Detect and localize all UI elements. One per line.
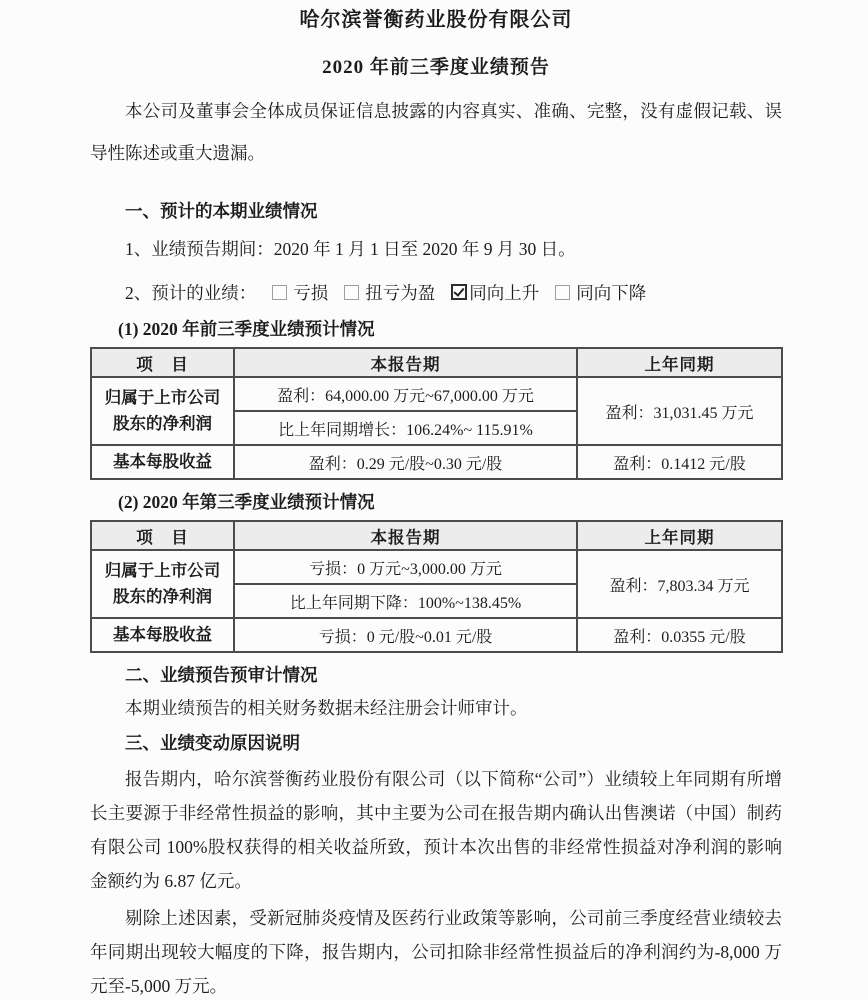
- net-profit-yoy-cell: 比上年同期增长：106.24%~ 115.91%: [234, 411, 577, 445]
- net-profit-label-cell: 归属于上市公司股东的净利润: [91, 377, 234, 445]
- table-row: 基本每股收益 亏损：0 元/股~0.01 元/股 盈利：0.0355 元/股: [91, 618, 782, 652]
- forecast-option-loss: 亏损: [272, 283, 328, 303]
- forecast-option-turnaround: 扭亏为盈: [344, 283, 435, 303]
- reason-paragraph-1: 报告期内，哈尔滨誉衡药业股份有限公司（以下简称“公司”）业绩较上年同期有所增长主…: [90, 762, 782, 898]
- header-cell-prior-period: 上年同期: [577, 348, 782, 377]
- header-cell-current-period: 本报告期: [234, 348, 577, 377]
- checkbox-checked-icon: [451, 284, 467, 300]
- table-header-row: 项 目 本报告期 上年同期: [91, 521, 782, 550]
- section-one-heading: 一、预计的本期业绩情况: [90, 196, 782, 226]
- forecast-type-item: 2、预计的业绩：亏损扭亏为盈同向上升同向下降: [90, 278, 782, 308]
- header-cell-item: 项 目: [91, 521, 234, 550]
- net-profit-label-cell: 归属于上市公司股东的净利润: [91, 550, 234, 618]
- eps-label-cell: 基本每股收益: [91, 445, 234, 479]
- section-three-heading: 三、业绩变动原因说明: [90, 728, 782, 758]
- audit-status-paragraph: 本期业绩预告的相关财务数据未经注册会计师审计。: [90, 690, 782, 726]
- declaration-paragraph: 本公司及董事会全体成员保证信息披露的内容真实、准确、完整，没有虚假记载、误导性陈…: [90, 90, 782, 174]
- section-two-heading: 二、业绩预告预审计情况: [90, 660, 782, 690]
- table-row: 基本每股收益 盈利：0.29 元/股~0.30 元/股 盈利：0.1412 元/…: [91, 445, 782, 479]
- q1q3-results-table: 项 目 本报告期 上年同期 归属于上市公司股东的净利润 盈利：64,000.00…: [90, 347, 783, 480]
- document-title: 哈尔滨誉衡药业股份有限公司: [90, 6, 782, 34]
- header-cell-item: 项 目: [91, 348, 234, 377]
- eps-current-cell: 盈利：0.29 元/股~0.30 元/股: [234, 445, 577, 479]
- net-profit-prior-cell: 盈利：31,031.45 万元: [577, 377, 782, 445]
- net-profit-prior-cell: 盈利：7,803.34 万元: [577, 550, 782, 618]
- subsection-q1q3-heading: (1) 2020 年前三季度业绩预计情况: [90, 314, 782, 344]
- reason-paragraph-2: 剔除上述因素，受新冠肺炎疫情及医药行业政策等影响，公司前三季度经营业绩较去年同期…: [90, 901, 782, 1000]
- forecast-option-label: 同向下降: [576, 283, 646, 303]
- header-cell-current-period: 本报告期: [234, 521, 577, 550]
- document-page: 哈尔滨誉衡药业股份有限公司 2020 年前三季度业绩预告 本公司及董事会全体成员…: [0, 0, 868, 1000]
- forecast-option-label: 扭亏为盈: [365, 283, 435, 303]
- header-cell-prior-period: 上年同期: [577, 521, 782, 550]
- table-row: 归属于上市公司股东的净利润 盈利：64,000.00 万元~67,000.00 …: [91, 377, 782, 411]
- net-profit-yoy-cell: 比上年同期下降：100%~138.45%: [234, 584, 577, 618]
- eps-label-cell: 基本每股收益: [91, 618, 234, 652]
- eps-prior-cell: 盈利：0.0355 元/股: [577, 618, 782, 652]
- q3-results-table: 项 目 本报告期 上年同期 归属于上市公司股东的净利润 亏损：0 万元~3,00…: [90, 520, 783, 653]
- eps-prior-cell: 盈利：0.1412 元/股: [577, 445, 782, 479]
- net-profit-current-cell: 亏损：0 万元~3,000.00 万元: [234, 550, 577, 584]
- forecast-option-increase: 同向上升: [451, 283, 539, 303]
- forecast-type-label: 2、预计的业绩：: [125, 283, 256, 303]
- forecast-option-label: 同向上升: [469, 283, 539, 303]
- subsection-q3-heading: (2) 2020 年第三季度业绩预计情况: [90, 487, 782, 517]
- forecast-option-decrease: 同向下降: [555, 283, 646, 303]
- checkbox-unchecked-icon: [344, 285, 359, 300]
- checkbox-unchecked-icon: [272, 285, 287, 300]
- net-profit-current-cell: 盈利：64,000.00 万元~67,000.00 万元: [234, 377, 577, 411]
- forecast-option-label: 亏损: [293, 283, 328, 303]
- table-row: 归属于上市公司股东的净利润 亏损：0 万元~3,000.00 万元 盈利：7,8…: [91, 550, 782, 584]
- checkbox-unchecked-icon: [555, 285, 570, 300]
- document-subtitle: 2020 年前三季度业绩预告: [90, 54, 782, 82]
- forecast-period-item: 1、业绩预告期间：2020 年 1 月 1 日至 2020 年 9 月 30 日…: [90, 234, 782, 264]
- table-header-row: 项 目 本报告期 上年同期: [91, 348, 782, 377]
- eps-current-cell: 亏损：0 元/股~0.01 元/股: [234, 618, 577, 652]
